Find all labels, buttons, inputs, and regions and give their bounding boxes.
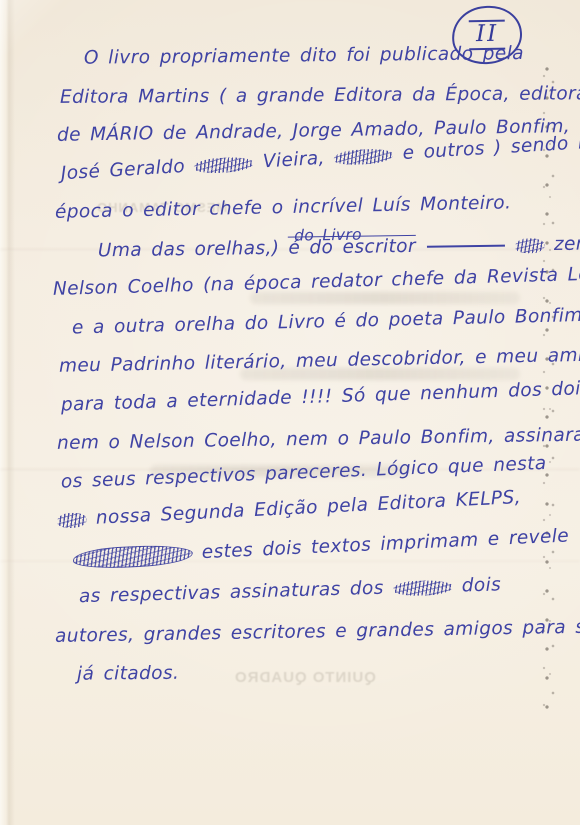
scribble-strikethrough [333,147,394,166]
manuscript-page: MESMO TAMANHO QUINTO QUADRO II O livro p… [0,0,580,825]
handwritten-segment: já citados. [77,663,179,685]
handwritten-line: O livro propriamente dito foi publicado … [50,35,536,79]
scribble-strikethrough [73,543,194,569]
handwritten-segment: e a outra orelha do Livro é do poeta Pau… [72,304,580,338]
handwritten-segment: as respectivas assinaturas dos [79,578,384,608]
handwritten-segment: Vieira, [262,147,325,172]
handwritten-segment: zen-budista [554,232,580,255]
paper-left-edge [0,0,16,825]
handwritten-segment: é do escritordo Livro [288,234,416,258]
inserted-word-above-line: do Livro [294,215,362,254]
handwritten-segment: estes dois textos imprimam e revele [201,525,569,563]
scribble-strikethrough [57,512,88,528]
handwritten-line: já citados. [50,651,536,695]
handwritten-segment: O livro propriamente dito foi publicado … [84,43,524,69]
scribble-strikethrough [393,580,453,597]
handwritten-line: autores, grandes escritores e grandes am… [50,609,537,656]
handwritten-segment: Nelson Coelho (na época redator chefe da… [53,263,580,300]
handwritten-segment: dois [461,574,501,596]
handwritten-line: época o editor chefe o incrível Luís Mon… [50,184,537,233]
handwritten-segment: Uma das orelhas,) [98,237,280,261]
handwritten-segment: época o editor chefe o incrível Luís Mon… [55,192,512,223]
manuscript-text: O livro propriamente dito foi publicado … [50,40,536,695]
connector-stroke [427,244,505,247]
handwritten-segment: José Geraldo [60,155,185,183]
scribble-strikethrough [515,237,545,252]
scribble-strikethrough [194,155,255,174]
handwritten-segment: autores, grandes escritores e grandes am… [55,615,580,646]
handwritten-segment: Editora Martins ( a grande Editora da Ép… [60,83,580,108]
